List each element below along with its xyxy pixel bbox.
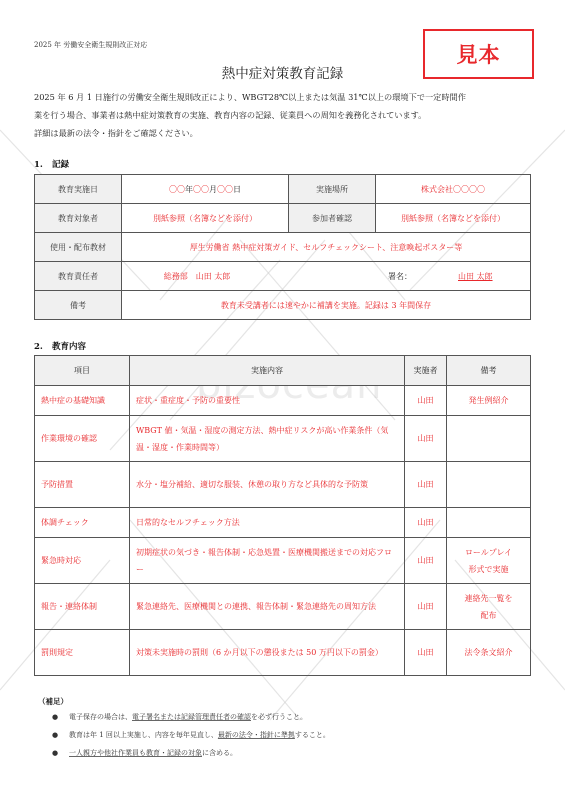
note-underlined: 電子署名または記録管理責任者の確認 <box>132 713 251 721</box>
table-row: 熱中症の基礎知識 症状・重症度・予防の重要性 山田 発生例紹介 <box>35 386 531 416</box>
participants-field[interactable]: 別紙参照（名簿などを添付） <box>376 204 531 233</box>
date-month: 〇〇 <box>193 185 209 194</box>
content-cell[interactable]: 対策未実施時の罰則（6 か月以下の懲役または 50 万円以下の罰金） <box>130 630 405 676</box>
content-cell[interactable]: 水分・塩分補給、適切な服装、休憩の取り方など具体的な予防策 <box>130 462 405 508</box>
list-item: ● 電子保存の場合は、電子署名または記録管理責任者の確認を必ず行うこと。 <box>52 711 330 729</box>
table-row: 罰則規定 対策未実施時の罰則（6 か月以下の懲役または 50 万円以下の罰金） … <box>35 630 531 676</box>
note-text: すること。 <box>295 731 330 739</box>
column-header-note: 備考 <box>447 356 531 386</box>
date-day: 〇〇 <box>217 185 233 194</box>
target-field[interactable]: 別紙参照（名簿などを添付） <box>122 204 289 233</box>
record-table: 教育実施日 〇〇年〇〇月〇〇日 実施場所 株式会社〇〇〇〇 教育対象者 別紙参照… <box>34 174 531 320</box>
table-header-row: 項目 実施内容 実施者 備考 <box>35 356 531 386</box>
date-label: 教育実施日 <box>35 175 122 204</box>
section-number: 1. <box>34 160 52 170</box>
column-header-content: 実施内容 <box>130 356 405 386</box>
section-title: 教育内容 <box>52 342 86 352</box>
note-text: に含める。 <box>202 749 237 757</box>
content-cell[interactable]: 症状・重症度・予防の重要性 <box>130 386 405 416</box>
section-number: 2. <box>34 342 52 352</box>
place-field[interactable]: 株式会社〇〇〇〇 <box>376 175 531 204</box>
date-year: 〇〇 <box>169 185 185 194</box>
note-cell[interactable]: 連絡先一覧を配布 <box>447 584 531 630</box>
signature-field[interactable]: 山田 太郎 <box>458 271 493 282</box>
table-row: 使用・配布教材 厚生労働省 熱中症対策ガイド、セルフチェックシート、注意喚起ポス… <box>35 233 531 262</box>
date-field[interactable]: 〇〇年〇〇月〇〇日 <box>122 175 289 204</box>
table-row: 教育対象者 別紙参照（名簿などを添付） 参加者確認 別紙参照（名簿などを添付） <box>35 204 531 233</box>
document-page: 2025 年 労働安全衛生規則改正対応 見本 熱中症対策教育記録 2025 年 … <box>0 0 565 800</box>
notes-heading: （補足） <box>38 696 68 707</box>
note-cell[interactable]: 法令条文紹介 <box>447 630 531 676</box>
materials-label: 使用・配布教材 <box>35 233 122 262</box>
item-cell[interactable]: 報告・連絡体制 <box>35 584 130 630</box>
note-cell[interactable] <box>447 416 531 462</box>
bullet-icon: ● <box>52 747 58 759</box>
section-1-heading: 1.記録 <box>34 158 69 170</box>
content-cell[interactable]: 初期症状の気づき・報告体制・応急処置・医療機関搬送までの対応フロー <box>130 538 405 584</box>
date-month-unit: 月 <box>209 185 217 194</box>
table-row: 体調チェック 日常的なセルフチェック方法 山田 <box>35 508 531 538</box>
by-cell[interactable]: 山田 <box>405 538 447 584</box>
target-label: 教育対象者 <box>35 204 122 233</box>
regulation-subtitle: 2025 年 労働安全衛生規則改正対応 <box>34 40 147 50</box>
intro-line: 業を行う場合、事業者は熱中症対策教育の実施、教育内容の記録、従業員への周知を義務… <box>34 106 534 124</box>
bullet-icon: ● <box>52 711 58 723</box>
education-content-table: 項目 実施内容 実施者 備考 熱中症の基礎知識 症状・重症度・予防の重要性 山田… <box>34 355 531 676</box>
by-cell[interactable]: 山田 <box>405 416 447 462</box>
note-cell[interactable] <box>447 462 531 508</box>
item-cell[interactable]: 熱中症の基礎知識 <box>35 386 130 416</box>
responsible-label: 教育責任者 <box>35 262 122 291</box>
remarks-field[interactable]: 教育未受講者には速やかに補講を実施。記録は 3 年間保存 <box>122 291 531 320</box>
materials-field[interactable]: 厚生労働省 熱中症対策ガイド、セルフチェックシート、注意喚起ポスター等 <box>122 233 531 262</box>
item-cell[interactable]: 体調チェック <box>35 508 130 538</box>
date-year-unit: 年 <box>185 185 193 194</box>
note-text: 電子保存の場合は、 <box>69 713 132 721</box>
item-cell[interactable]: 作業環境の確認 <box>35 416 130 462</box>
item-cell[interactable]: 予防措置 <box>35 462 130 508</box>
responsible-cell: 総務部 山田 太郎 署名： 山田 太郎 <box>122 262 531 291</box>
page-title: 熱中症対策教育記録 <box>0 62 565 82</box>
note-text: 教育は年 1 回以上実施し、内容を毎年見直し、 <box>69 731 218 739</box>
table-row: 作業環境の確認 WBGT 値・気温・湿度の測定方法、熱中症リスクが高い作業条件（… <box>35 416 531 462</box>
item-cell[interactable]: 罰則規定 <box>35 630 130 676</box>
by-cell[interactable]: 山田 <box>405 630 447 676</box>
note-text: を必ず行うこと。 <box>251 713 307 721</box>
bullet-icon: ● <box>52 729 58 741</box>
list-item: ● 一人親方や他社作業員も教育・記録の対象に含める。 <box>52 747 330 765</box>
place-label: 実施場所 <box>289 175 376 204</box>
table-row: 予防措置 水分・塩分補給、適切な服装、休憩の取り方など具体的な予防策 山田 <box>35 462 531 508</box>
by-cell[interactable]: 山田 <box>405 462 447 508</box>
intro-line: 2025 年 6 月 1 日施行の労働安全衛生規則改正により、WBGT28℃以上… <box>34 88 534 106</box>
responsible-field[interactable]: 総務部 山田 太郎 <box>122 271 272 282</box>
content-cell[interactable]: WBGT 値・気温・湿度の測定方法、熱中症リスクが高い作業条件（気温・湿度・作業… <box>130 416 405 462</box>
note-underlined: 最新の法令・指針に準拠 <box>218 731 295 739</box>
table-row: 緊急時対応 初期症状の気づき・報告体制・応急処置・医療機関搬送までの対応フロー … <box>35 538 531 584</box>
section-title: 記録 <box>52 160 69 170</box>
item-cell[interactable]: 緊急時対応 <box>35 538 130 584</box>
note-cell[interactable]: ロールプレイ形式で実施 <box>447 538 531 584</box>
note-cell[interactable] <box>447 508 531 538</box>
column-header-item: 項目 <box>35 356 130 386</box>
table-row: 備考 教育未受講者には速やかに補講を実施。記録は 3 年間保存 <box>35 291 531 320</box>
content-cell[interactable]: 緊急連絡先、医療機関との連携、報告体制・緊急連絡先の周知方法 <box>130 584 405 630</box>
intro-paragraph: 2025 年 6 月 1 日施行の労働安全衛生規則改正により、WBGT28℃以上… <box>34 88 534 142</box>
note-underlined: 一人親方や他社作業員も教育・記録の対象 <box>69 749 202 757</box>
by-cell[interactable]: 山田 <box>405 508 447 538</box>
section-2-heading: 2.教育内容 <box>34 340 86 352</box>
notes-list: ● 電子保存の場合は、電子署名または記録管理責任者の確認を必ず行うこと。 ● 教… <box>52 711 330 765</box>
table-row: 教育実施日 〇〇年〇〇月〇〇日 実施場所 株式会社〇〇〇〇 <box>35 175 531 204</box>
remarks-label: 備考 <box>35 291 122 320</box>
table-row: 教育責任者 総務部 山田 太郎 署名： 山田 太郎 <box>35 262 531 291</box>
table-row: 報告・連絡体制 緊急連絡先、医療機関との連携、報告体制・緊急連絡先の周知方法 山… <box>35 584 531 630</box>
content-cell[interactable]: 日常的なセルフチェック方法 <box>130 508 405 538</box>
date-day-unit: 日 <box>233 185 241 194</box>
intro-line: 詳細は最新の法令・指針をご確認ください。 <box>34 124 534 142</box>
signature-label: 署名： <box>272 271 412 282</box>
by-cell[interactable]: 山田 <box>405 584 447 630</box>
column-header-by: 実施者 <box>405 356 447 386</box>
note-cell[interactable]: 発生例紹介 <box>447 386 531 416</box>
list-item: ● 教育は年 1 回以上実施し、内容を毎年見直し、最新の法令・指針に準拠すること… <box>52 729 330 747</box>
participants-label: 参加者確認 <box>289 204 376 233</box>
by-cell[interactable]: 山田 <box>405 386 447 416</box>
